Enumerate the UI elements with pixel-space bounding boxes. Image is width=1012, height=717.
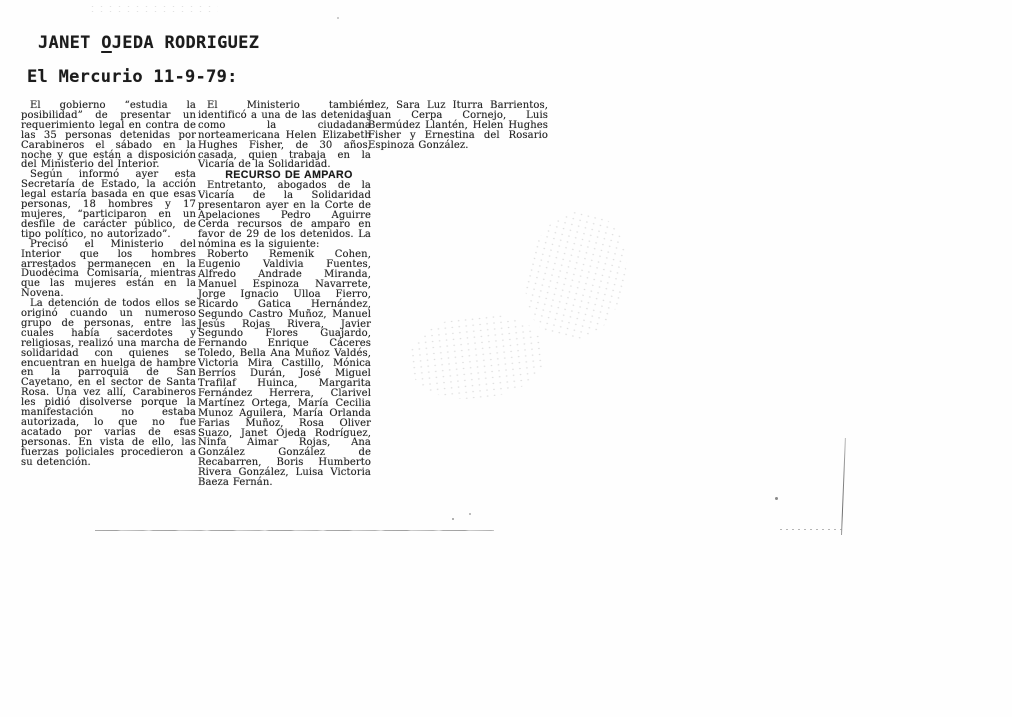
article-column-2: El Ministerio también identificó a una d… xyxy=(198,101,371,488)
paragraph-name-list-continuation: dez, Sara Luz Iturra Barrientos, Juan Ce… xyxy=(368,101,548,151)
article-column-1: El gobierno “estudia la posibilidad” de … xyxy=(21,101,196,468)
paragraph-detention-locations: Precisó el Ministerio del Interior que l… xyxy=(21,240,196,299)
typed-name-part: JANET xyxy=(38,33,101,53)
scan-speck xyxy=(452,518,454,520)
newspaper-clipping: El gobierno “estudia la posibilidad” de … xyxy=(21,101,561,521)
typed-name-part: JEDA RODRIGUEZ xyxy=(112,33,260,53)
clipping-edge-trace xyxy=(780,529,842,530)
clipping-bottom-edge-line xyxy=(95,530,494,531)
paragraph-detention-origin: La detención de todos ellos se originó c… xyxy=(21,299,196,467)
scanned-document-page: JANET OJEDA RODRIGUEZ El Mercurio 11-9-7… xyxy=(0,0,1012,717)
paragraph-identified-detainee: El Ministerio también identificó a una d… xyxy=(198,101,371,170)
paragraph-government-action: El gobierno “estudia la posibilidad” de … xyxy=(21,101,196,170)
scan-speck xyxy=(337,17,339,19)
article-column-3: dez, Sara Luz Iturra Barrientos, Juan Ce… xyxy=(368,101,548,151)
paragraph-legal-basis: Según informó ayer esta Secretaría de Es… xyxy=(21,170,196,239)
scan-speck xyxy=(775,497,778,500)
scan-speck xyxy=(469,513,471,515)
source-citation: El Mercurio 11-9-79: xyxy=(27,67,238,87)
typed-subject-name: JANET OJEDA RODRIGUEZ xyxy=(38,33,259,53)
typed-name-underlined-letter: O xyxy=(101,33,112,53)
scan-noise-patch xyxy=(88,4,218,14)
paragraph-detainee-name-list: Roberto Remenik Cohen, Eugenio Valdivia … xyxy=(198,250,371,488)
paragraph-amparo-filing: Entretanto, abogados de la Vicaría de la… xyxy=(198,181,371,250)
clipping-right-edge-line xyxy=(841,438,846,535)
